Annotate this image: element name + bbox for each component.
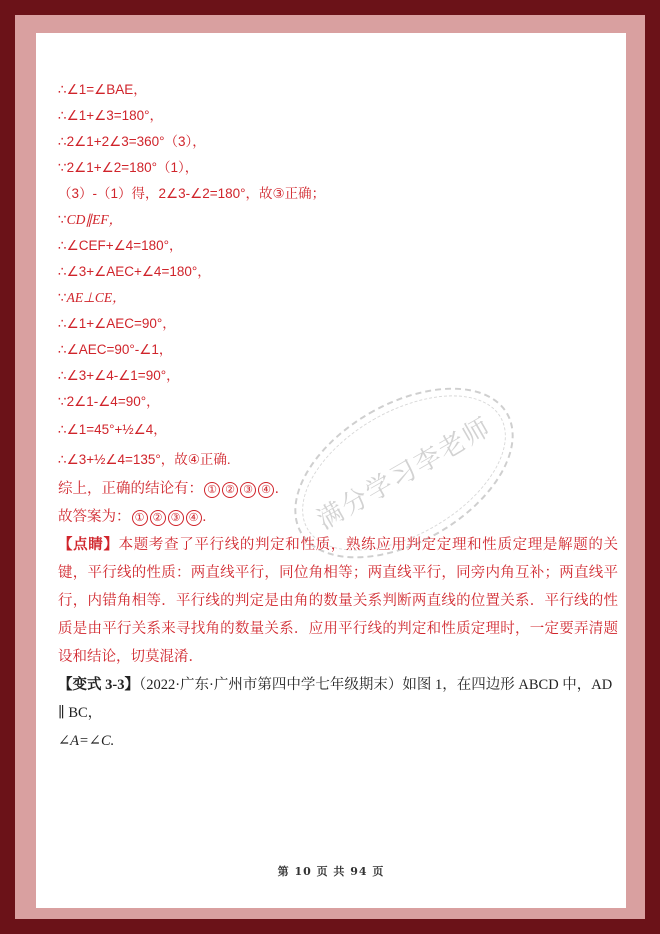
circled-number: ③ bbox=[168, 510, 184, 526]
equation-text: AE⊥CE， bbox=[67, 290, 126, 305]
solution-line: ∴∠1+∠3=180°， bbox=[58, 103, 618, 129]
equation-text: 2∠1+∠2=180°（1）， bbox=[67, 160, 199, 175]
next-question: 【变式 3-3】（2022·广东·广州市第四中学七年级期末）如图 1，在四边形 … bbox=[58, 671, 618, 727]
period: . bbox=[275, 481, 279, 497]
question-condition: ∠A=∠C. bbox=[58, 727, 618, 755]
solution-line: ∴∠3+∠4-∠1=90°， bbox=[58, 363, 618, 389]
equation-text: ∠3+∠4-∠1=90°， bbox=[67, 368, 180, 383]
equation-text: ∠CEF+∠4=180°， bbox=[67, 238, 183, 253]
document-page: 满分学习李老师 ∴∠1=∠BAE， ∴∠1+∠3=180°， ∴2∠1+2∠3=… bbox=[36, 33, 626, 908]
comment-tag: 【点睛】 bbox=[58, 537, 119, 553]
solution-line: ∵AE⊥CE， bbox=[58, 285, 618, 311]
solution-line: （3）-（1）得，2∠3-∠2=180°，故③正确； bbox=[58, 181, 618, 207]
solution-line: ∴∠1+∠AEC=90°， bbox=[58, 311, 618, 337]
therefore-symbol: ∴ bbox=[58, 108, 67, 123]
circled-number: ② bbox=[150, 510, 166, 526]
page-number: 第 10 页 共 94 页 bbox=[36, 863, 626, 879]
solution-line: ∵2∠1+∠2=180°（1）， bbox=[58, 155, 618, 181]
because-symbol: ∵ bbox=[58, 160, 67, 175]
therefore-symbol: ∴ bbox=[58, 134, 67, 149]
solution-line: ∴2∠1+2∠3=360°（3）， bbox=[58, 129, 618, 155]
therefore-symbol: ∴ bbox=[58, 316, 67, 331]
equation-text: ∠1+∠3=180°， bbox=[67, 108, 163, 123]
solution-line: ∵CD∥EF， bbox=[58, 207, 618, 233]
question-tag: 【变式 3-3】 bbox=[58, 677, 139, 693]
answer-label: 故答案为： bbox=[58, 509, 131, 525]
equation-text: CD∥EF， bbox=[67, 212, 123, 227]
because-symbol: ∵ bbox=[58, 394, 67, 409]
solution-line: ∴∠CEF+∠4=180°， bbox=[58, 233, 618, 259]
therefore-symbol: ∴ bbox=[58, 422, 67, 437]
circled-number: ① bbox=[204, 482, 220, 498]
equation-text: ∠3+½∠4=135°，故④正确. bbox=[67, 452, 231, 467]
conclusion-label: 综上，正确的结论有： bbox=[58, 481, 203, 497]
circled-number: ③ bbox=[240, 482, 256, 498]
circled-number: ④ bbox=[186, 510, 202, 526]
therefore-symbol: ∴ bbox=[58, 342, 67, 357]
solution-content: ∴∠1=∠BAE， ∴∠1+∠3=180°， ∴2∠1+2∠3=360°（3），… bbox=[58, 77, 618, 755]
comment-text: 本题考查了平行线的判定和性质，熟练应用判定定理和性质定理是解题的关键，平行线的性… bbox=[58, 537, 618, 665]
equation-text: 2∠1-∠4=90°， bbox=[67, 394, 160, 409]
answer-line: 故答案为：①②③④. bbox=[58, 503, 618, 531]
period: . bbox=[203, 509, 207, 525]
circled-number: ④ bbox=[258, 482, 274, 498]
comment-paragraph: 【点睛】本题考查了平行线的判定和性质，熟练应用判定定理和性质定理是解题的关键，平… bbox=[58, 531, 618, 671]
therefore-symbol: ∴ bbox=[58, 238, 67, 253]
equation-text: 2∠1+2∠3=360°（3）， bbox=[67, 134, 206, 149]
equation-text: ∠3+∠AEC+∠4=180°， bbox=[67, 264, 211, 279]
therefore-symbol: ∴ bbox=[58, 264, 67, 279]
circled-number: ① bbox=[132, 510, 148, 526]
equation-text: ∠1=∠BAE， bbox=[67, 82, 147, 97]
solution-line: ∴∠3+½∠4=135°，故④正确. bbox=[58, 445, 618, 475]
because-symbol: ∵ bbox=[58, 212, 67, 227]
equation-text: ∠1=45°+½∠4， bbox=[67, 422, 167, 437]
solution-line: ∵2∠1-∠4=90°， bbox=[58, 389, 618, 415]
because-symbol: ∵ bbox=[58, 290, 67, 305]
equation-text: ∠1+∠AEC=90°， bbox=[67, 316, 176, 331]
solution-line: ∴∠1=45°+½∠4， bbox=[58, 415, 618, 445]
solution-line: ∴∠1=∠BAE， bbox=[58, 77, 618, 103]
solution-line: ∴∠AEC=90°-∠1， bbox=[58, 337, 618, 363]
therefore-symbol: ∴ bbox=[58, 82, 67, 97]
equation-text: （3）-（1）得，2∠3-∠2=180°，故③正确； bbox=[58, 186, 325, 201]
therefore-symbol: ∴ bbox=[58, 368, 67, 383]
conclusion-line: 综上，正确的结论有：①②③④. bbox=[58, 475, 618, 503]
circled-number: ② bbox=[222, 482, 238, 498]
solution-line: ∴∠3+∠AEC+∠4=180°， bbox=[58, 259, 618, 285]
question-source: （2022·广东·广州市第四中学七年级期末） bbox=[139, 677, 402, 693]
therefore-symbol: ∴ bbox=[58, 452, 67, 467]
equation-text: ∠AEC=90°-∠1， bbox=[67, 342, 173, 357]
